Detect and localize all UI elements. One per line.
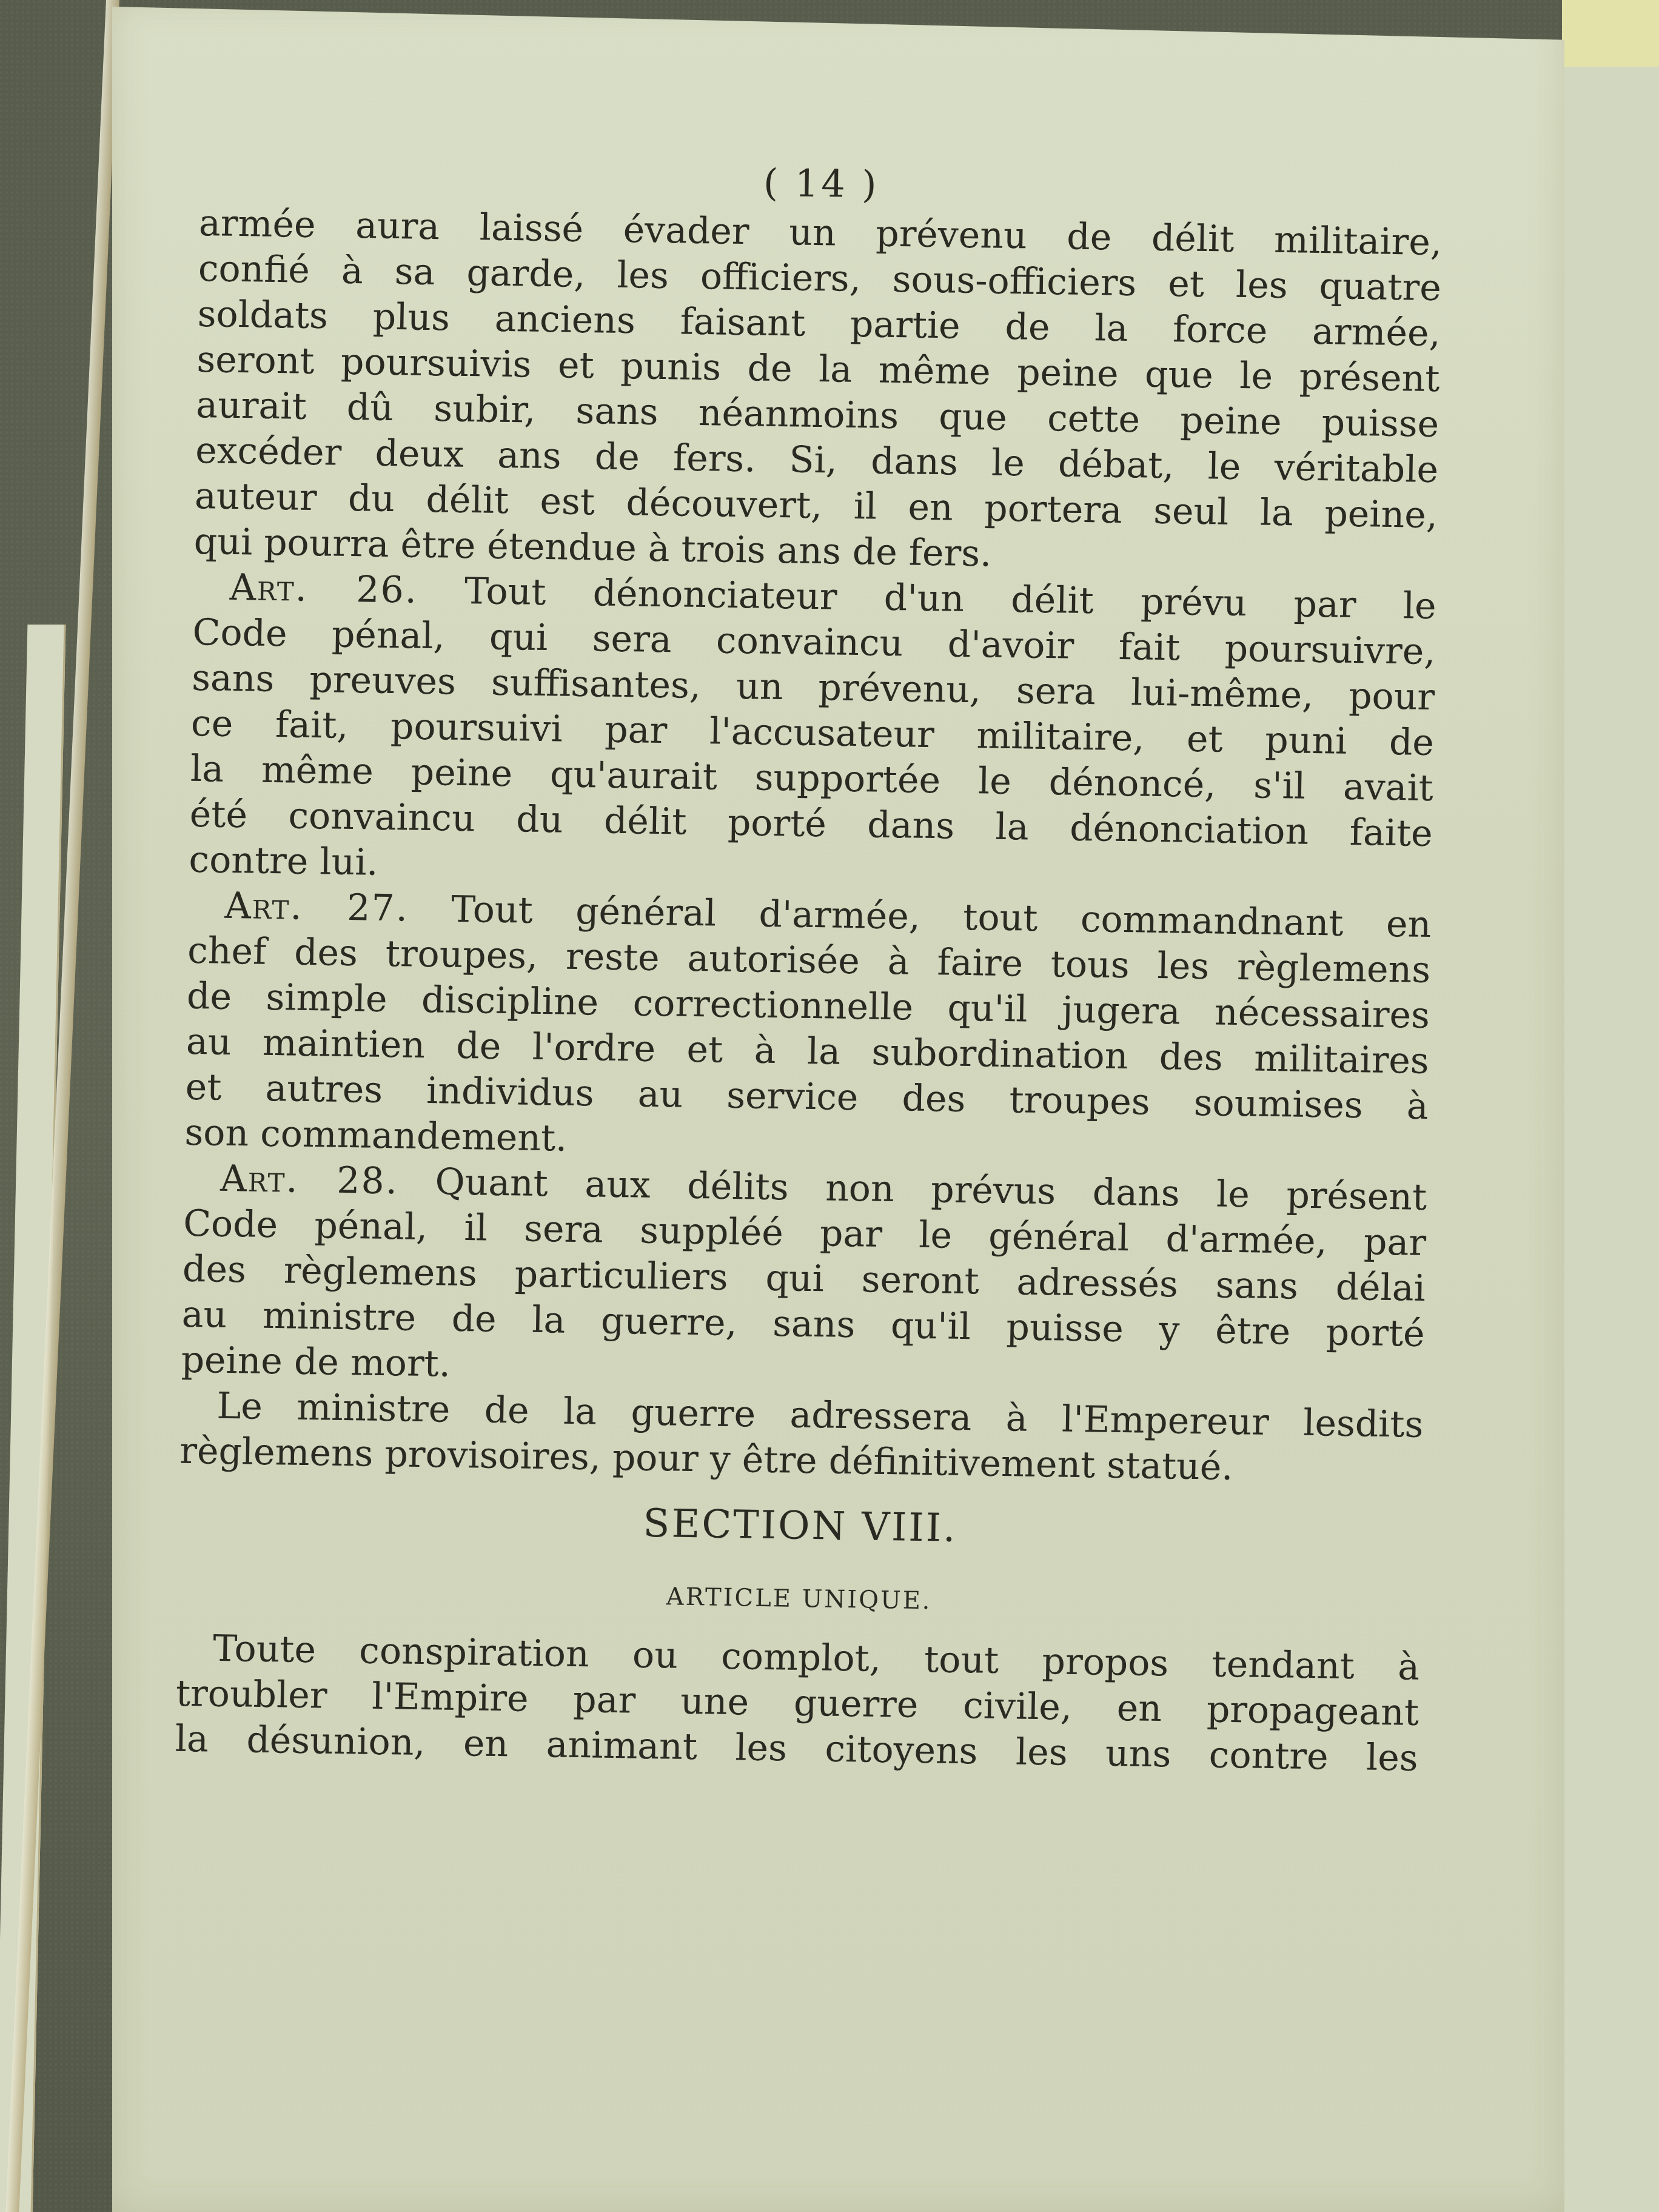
continuation-paragraph: armée aura laissé évader un prévenu de d…	[193, 201, 1442, 584]
article-label: Art. 27.	[224, 885, 409, 930]
closing-paragraph: Le ministre de la guerre adressera à l'E…	[179, 1383, 1424, 1493]
article-26: Art. 26. Tout dénonciateur d'un délit pr…	[189, 565, 1436, 902]
article-27: Art. 27. Tout général d'armée, tout comm…	[184, 883, 1432, 1175]
article-label: Art. 26.	[229, 566, 418, 612]
section-subheading: ARTICLE UNIQUE.	[177, 1571, 1421, 1627]
article-label: Art. 28.	[220, 1158, 398, 1203]
adjacent-page-edge	[1561, 67, 1659, 2212]
section-heading: SECTION VIII.	[178, 1492, 1422, 1560]
article-28: Art. 28. Quant aux délits non prévus dan…	[181, 1156, 1427, 1403]
page-text: ( 14 ) armée aura laissé évader un préve…	[175, 152, 1443, 1781]
section-paragraph: Toute conspiration ou complot, tout prop…	[175, 1626, 1419, 1781]
